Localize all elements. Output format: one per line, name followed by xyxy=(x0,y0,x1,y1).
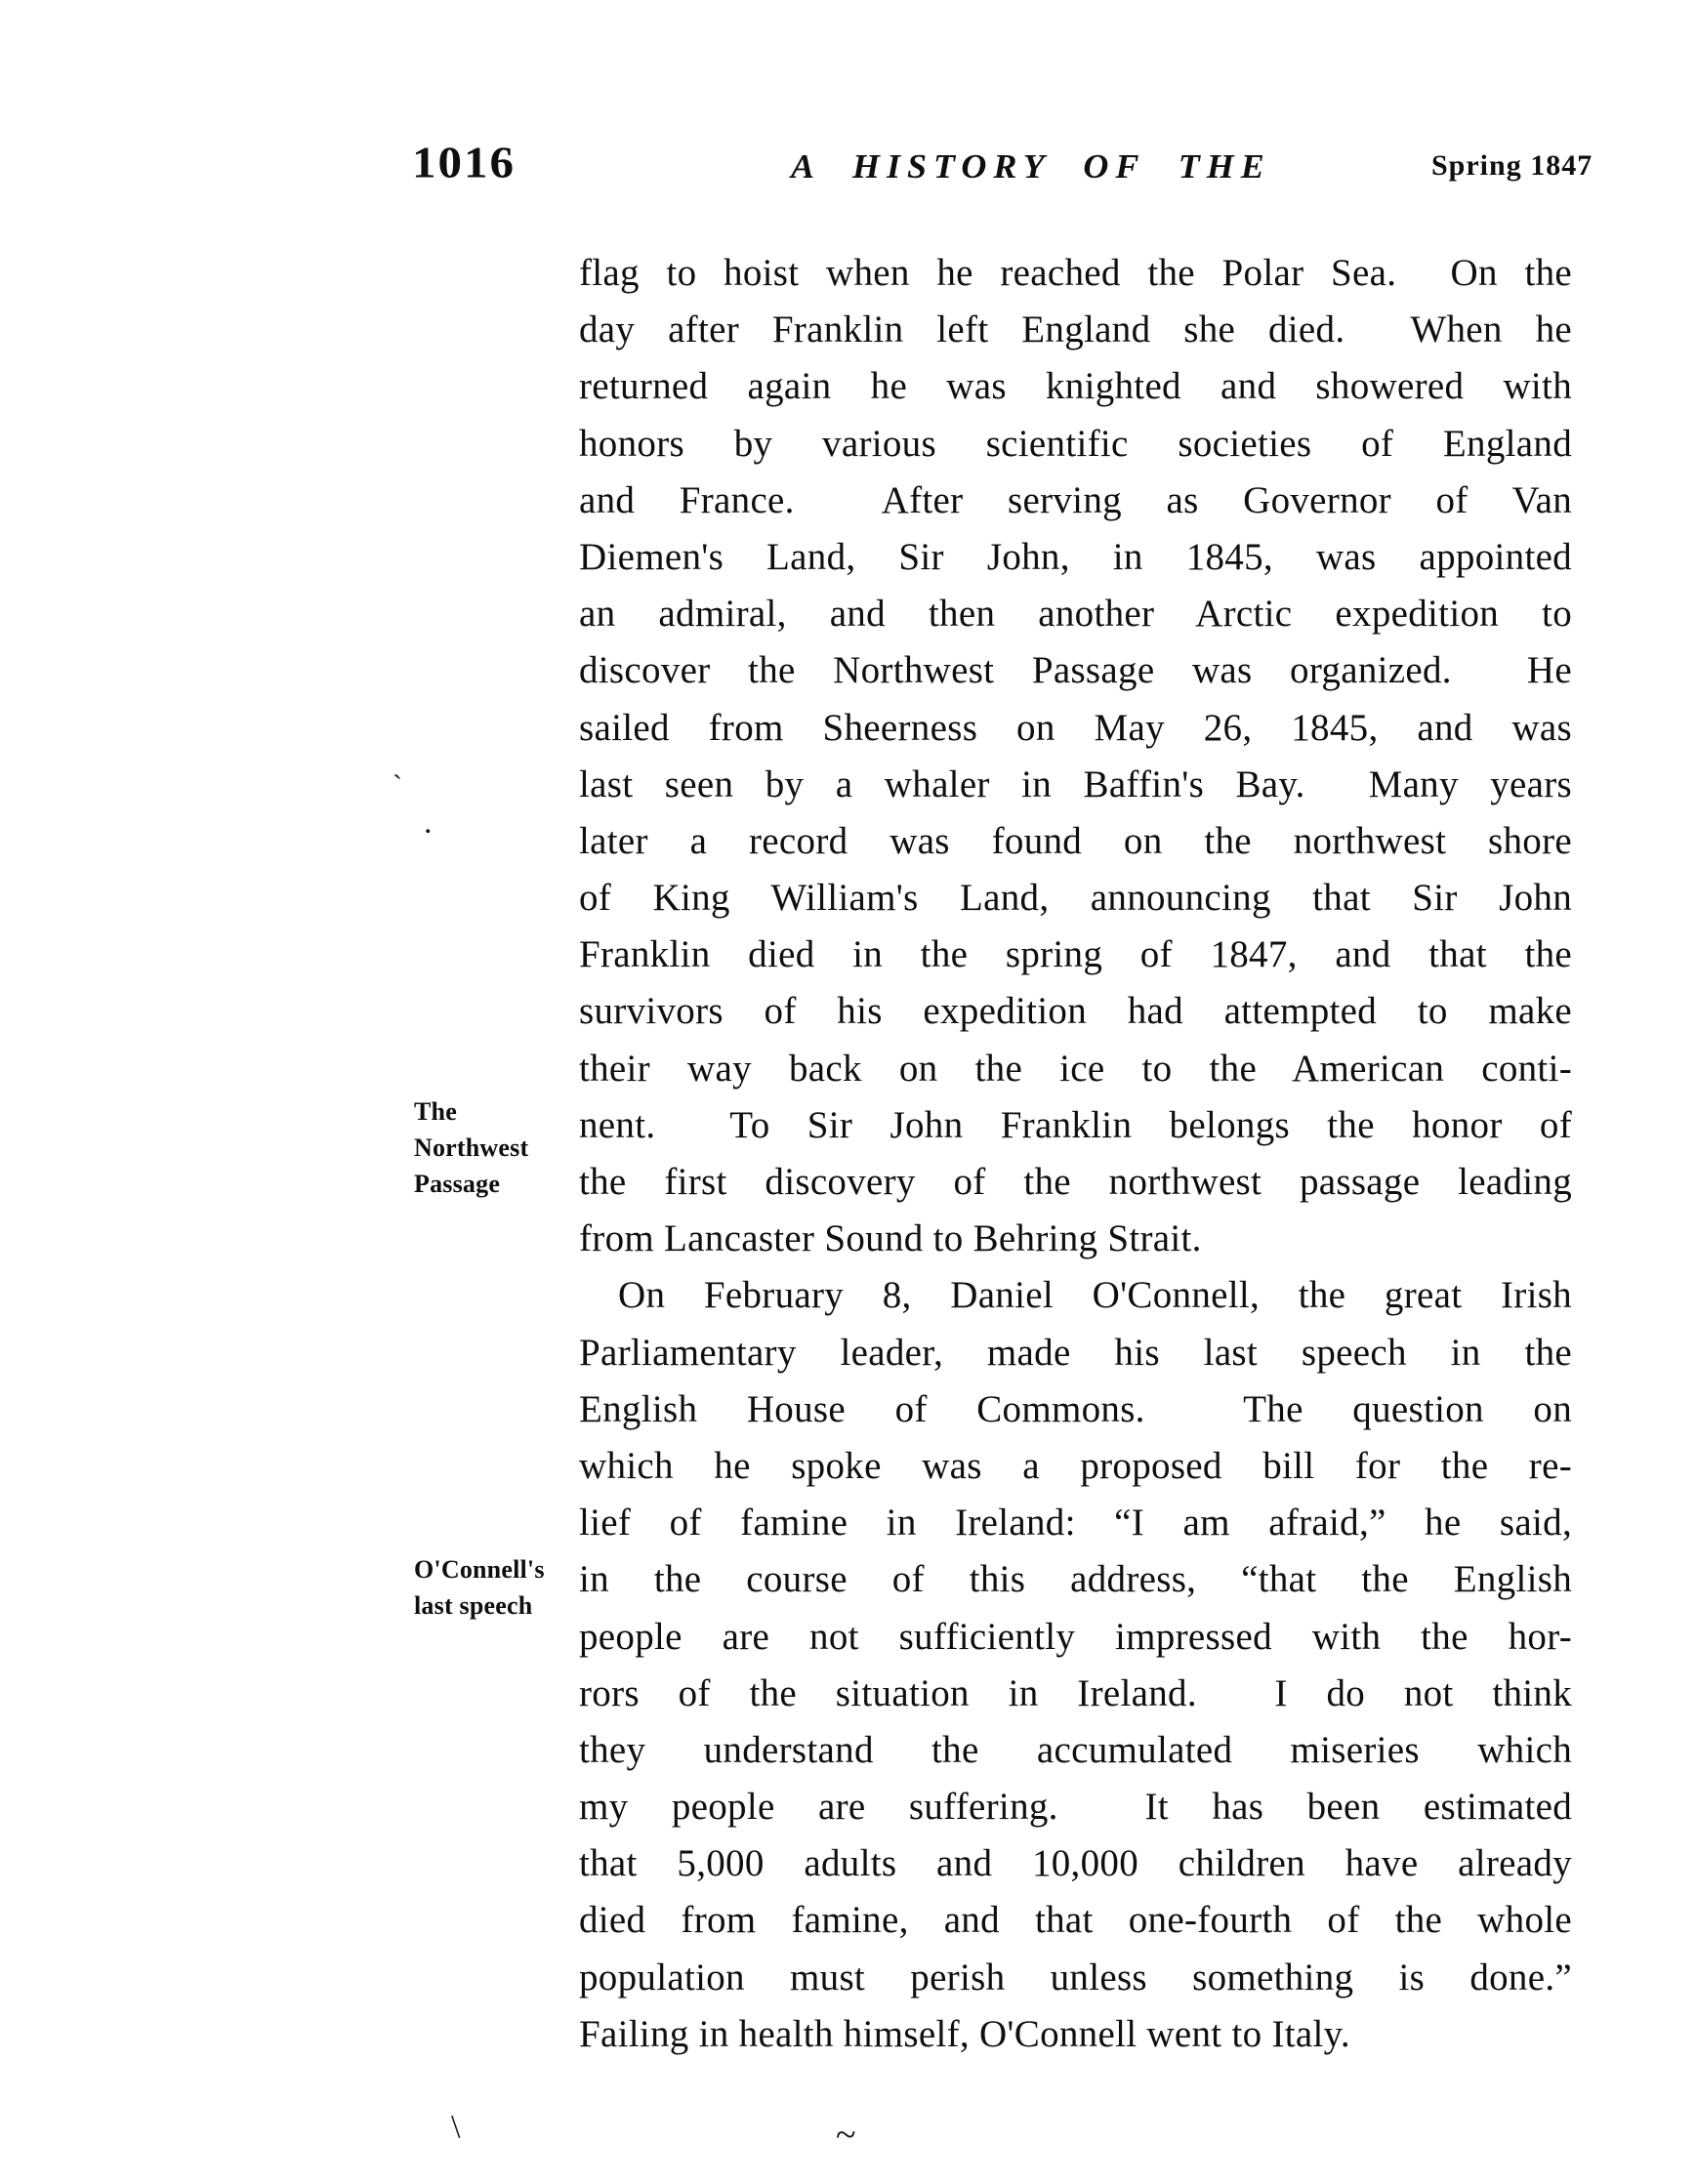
text-line: later a record was found on the northwes… xyxy=(579,813,1572,870)
text-line: Parliamentary leader, made his last spee… xyxy=(579,1325,1572,1381)
scan-artifact: . xyxy=(424,806,433,840)
running-title: A HISTORY OF THE xyxy=(791,145,1271,185)
text-line: last seen by a whaler in Baffin's Bay. M… xyxy=(579,757,1572,813)
text-line: which he spoke was a proposed bill for t… xyxy=(579,1438,1572,1495)
text-line: died from famine, and that one-fourth of… xyxy=(579,1892,1572,1949)
scan-artifact: \ xyxy=(451,2111,460,2144)
book-page: { "page": { "background": "#ffffff", "in… xyxy=(0,0,1696,2184)
text-line: English House of Commons. The question o… xyxy=(579,1381,1572,1438)
text-line: Franklin died in the spring of 1847, and… xyxy=(579,927,1572,983)
text-line: rors of the situation in Ireland. I do n… xyxy=(579,1666,1572,1722)
text-line: On February 8, Daniel O'Connell, the gre… xyxy=(579,1267,1572,1324)
margin-note-line: last speech xyxy=(414,1587,545,1624)
margin-note-line: Northwest xyxy=(414,1130,528,1166)
margin-note-line: Passage xyxy=(414,1166,528,1202)
margin-note-line: O'Connell's xyxy=(414,1551,545,1587)
page-number: 1016 xyxy=(412,137,516,187)
text-line: their way back on the ice to the America… xyxy=(579,1041,1572,1097)
text-line: honors by various scientific societies o… xyxy=(579,416,1572,473)
margin-note-line: The xyxy=(414,1093,528,1130)
text-line: in the course of this address, “that the… xyxy=(579,1551,1572,1608)
text-line: they understand the accumulated miseries… xyxy=(579,1722,1572,1779)
text-line: an admiral, and then another Arctic expe… xyxy=(579,586,1572,642)
text-line: that 5,000 adults and 10,000 children ha… xyxy=(579,1835,1572,1892)
text-line: nent. To Sir John Franklin belongs the h… xyxy=(579,1097,1572,1154)
text-line: the first discovery of the northwest pas… xyxy=(579,1154,1572,1211)
date-label: Spring 1847 xyxy=(1431,149,1593,183)
text-line: Failing in health himself, O'Connell wen… xyxy=(579,2006,1572,2063)
text-line: returned again he was knighted and showe… xyxy=(579,358,1572,415)
text-line: lief of famine in Ireland: “I am afraid,… xyxy=(579,1495,1572,1551)
text-line: from Lancaster Sound to Behring Strait. xyxy=(579,1211,1572,1267)
margin-note: TheNorthwestPassage xyxy=(414,1093,528,1202)
text-line: population must perish unless something … xyxy=(579,1950,1572,2006)
text-line: Diemen's Land, Sir John, in 1845, was ap… xyxy=(579,529,1572,586)
text-line: day after Franklin left England she died… xyxy=(579,302,1572,358)
text-line: people are not sufficiently impressed wi… xyxy=(579,1609,1572,1666)
text-line: and France. After serving as Governor of… xyxy=(579,473,1572,529)
text-line: discover the Northwest Passage was organ… xyxy=(579,642,1572,699)
scan-artifact: ~ xyxy=(836,2117,856,2154)
text-line: survivors of his expedition had attempte… xyxy=(579,983,1572,1040)
text-line: my people are suffering. It has been est… xyxy=(579,1779,1572,1835)
text-line: of King William's Land, announcing that … xyxy=(579,870,1572,927)
scan-artifact: ` xyxy=(393,771,402,801)
margin-note: O'Connell'slast speech xyxy=(414,1551,545,1624)
text-line: flag to hoist when he reached the Polar … xyxy=(579,245,1572,302)
body-text: flag to hoist when he reached the Polar … xyxy=(579,245,1572,2063)
text-line: sailed from Sheerness on May 26, 1845, a… xyxy=(579,700,1572,757)
